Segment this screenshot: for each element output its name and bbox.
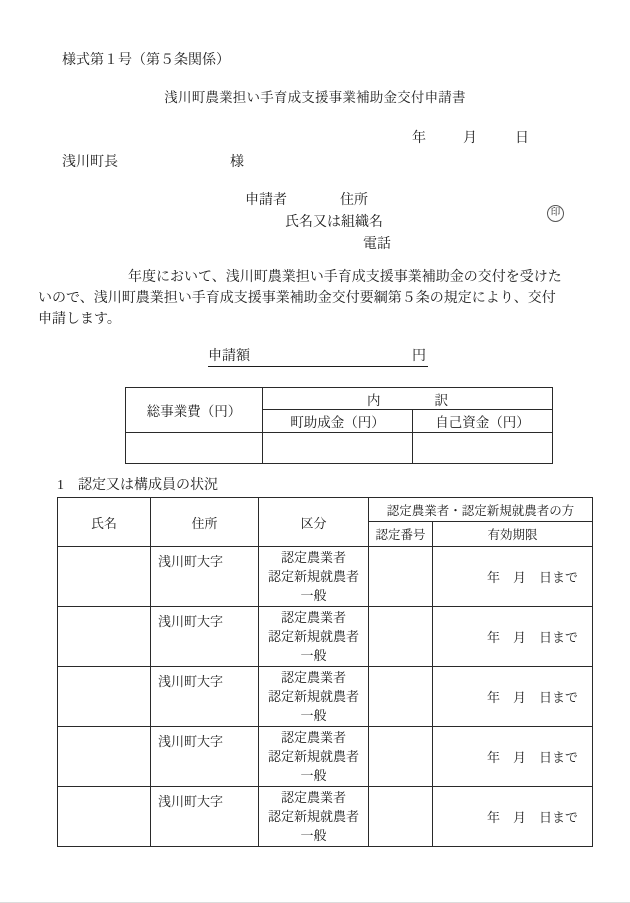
category-option-certified-new-farmer: 認定新規就農者 — [259, 807, 368, 826]
body-line-2: いので、浅川町農業担い手育成支援事業補助金交付要綱第５条の規定により、交付 — [38, 288, 572, 309]
address-cell: 浅川町大字 — [151, 787, 259, 847]
category-option-certified-new-farmer: 認定新規就農者 — [259, 747, 368, 766]
name-cell — [58, 547, 151, 607]
category-cell: 認定農業者 認定新規就農者 一般 — [259, 547, 369, 607]
addressee-name: 浅川町長 — [62, 151, 118, 171]
category-option-certified-farmer: 認定農業者 — [259, 788, 368, 807]
category-option-certified-new-farmer: 認定新規就農者 — [259, 627, 368, 646]
amount-label: 申請額 — [208, 345, 250, 365]
form-number: 様式第１号（第５条関係） — [62, 49, 230, 69]
budget-breakdown-header: 内 訳 — [263, 388, 553, 410]
body-line-1: 年度において、浅川町農業担い手育成支援事業補助金の交付を受けた — [38, 267, 572, 288]
col-header-address: 住所 — [151, 498, 259, 547]
applicant-label: 申請者 — [245, 189, 287, 209]
budget-self-fund-header: 自己資金（円） — [413, 410, 553, 433]
date-year-label: 年 — [412, 127, 426, 147]
seal-stamp-icon: 印 — [547, 205, 564, 222]
address-cell: 浅川町大字 — [151, 547, 259, 607]
validity-cell: 年 月 日まで — [433, 787, 593, 847]
table-row: 浅川町大字 認定農業者 認定新規就農者 一般 年 月 日まで — [58, 607, 593, 667]
name-cell — [58, 607, 151, 667]
table-row: 浅川町大字 認定農業者 認定新規就農者 一般 年 月 日まで — [58, 547, 593, 607]
category-option-certified-farmer: 認定農業者 — [259, 668, 368, 687]
validity-cell: 年 月 日まで — [433, 607, 593, 667]
category-option-general: 一般 — [259, 586, 368, 605]
col-header-name: 氏名 — [58, 498, 151, 547]
address-cell: 浅川町大字 — [151, 667, 259, 727]
budget-town-subsidy-header: 町助成金（円） — [263, 410, 413, 433]
applicant-phone-label: 電話 — [363, 233, 391, 253]
cert-number-cell — [369, 607, 433, 667]
budget-total-header: 総事業費（円） — [126, 388, 263, 433]
name-cell — [58, 727, 151, 787]
budget-total-value-cell — [126, 433, 263, 464]
budget-town-subsidy-value-cell — [263, 433, 413, 464]
category-option-certified-new-farmer: 認定新規就農者 — [259, 687, 368, 706]
amount-unit-label: 円 — [412, 345, 426, 365]
body-line-3: 申請します。 — [38, 309, 572, 330]
date-day-label: 日 — [515, 127, 529, 147]
validity-cell: 年 月 日まで — [433, 727, 593, 787]
category-cell: 認定農業者 認定新規就農者 一般 — [259, 667, 369, 727]
category-cell: 認定農業者 認定新規就農者 一般 — [259, 727, 369, 787]
addressee-honorific: 様 — [230, 151, 244, 171]
col-header-certified-group: 認定農業者・認定新規就農者の方 — [369, 498, 593, 522]
address-cell: 浅川町大字 — [151, 607, 259, 667]
col-header-validity: 有効期限 — [433, 522, 593, 547]
category-option-certified-new-farmer: 認定新規就農者 — [259, 567, 368, 586]
name-cell — [58, 667, 151, 727]
col-header-cert-number: 認定番号 — [369, 522, 433, 547]
application-amount-line: 申請額 円 — [208, 348, 428, 367]
col-header-category: 区分 — [259, 498, 369, 547]
section1-heading: 1 認定又は構成員の状況 — [57, 474, 218, 494]
address-cell: 浅川町大字 — [151, 727, 259, 787]
cert-number-cell — [369, 727, 433, 787]
cert-number-cell — [369, 547, 433, 607]
category-option-general: 一般 — [259, 826, 368, 845]
cert-number-cell — [369, 787, 433, 847]
date-month-label: 月 — [463, 127, 477, 147]
category-option-general: 一般 — [259, 766, 368, 785]
category-option-certified-farmer: 認定農業者 — [259, 548, 368, 567]
body-paragraph: 年度において、浅川町農業担い手育成支援事業補助金の交付を受けた いので、浅川町農… — [38, 267, 572, 330]
validity-cell: 年 月 日まで — [433, 547, 593, 607]
category-option-general: 一般 — [259, 646, 368, 665]
table-row: 浅川町大字 認定農業者 認定新規就農者 一般 年 月 日まで — [58, 667, 593, 727]
category-option-certified-farmer: 認定農業者 — [259, 728, 368, 747]
category-cell: 認定農業者 認定新規就農者 一般 — [259, 607, 369, 667]
category-option-general: 一般 — [259, 706, 368, 725]
table-row: 浅川町大字 認定農業者 認定新規就農者 一般 年 月 日まで — [58, 727, 593, 787]
page-title: 浅川町農業担い手育成支援事業補助金交付申請書 — [0, 86, 630, 106]
applicant-name-label: 氏名又は組織名 — [285, 211, 383, 231]
budget-self-fund-value-cell — [413, 433, 553, 464]
category-cell: 認定農業者 認定新規就農者 一般 — [259, 787, 369, 847]
name-cell — [58, 787, 151, 847]
applicant-address-label: 住所 — [340, 189, 368, 209]
document-page: { "document": { "form_number": "様式第１号（第５… — [0, 0, 630, 903]
table-row: 浅川町大字 認定農業者 認定新規就農者 一般 年 月 日まで — [58, 787, 593, 847]
category-option-certified-farmer: 認定農業者 — [259, 608, 368, 627]
validity-cell: 年 月 日まで — [433, 667, 593, 727]
budget-breakdown-table: 総事業費（円） 内 訳 町助成金（円） 自己資金（円） — [125, 387, 553, 464]
member-status-table: 氏名 住所 区分 認定農業者・認定新規就農者の方 認定番号 有効期限 浅川町大字… — [57, 497, 593, 847]
cert-number-cell — [369, 667, 433, 727]
